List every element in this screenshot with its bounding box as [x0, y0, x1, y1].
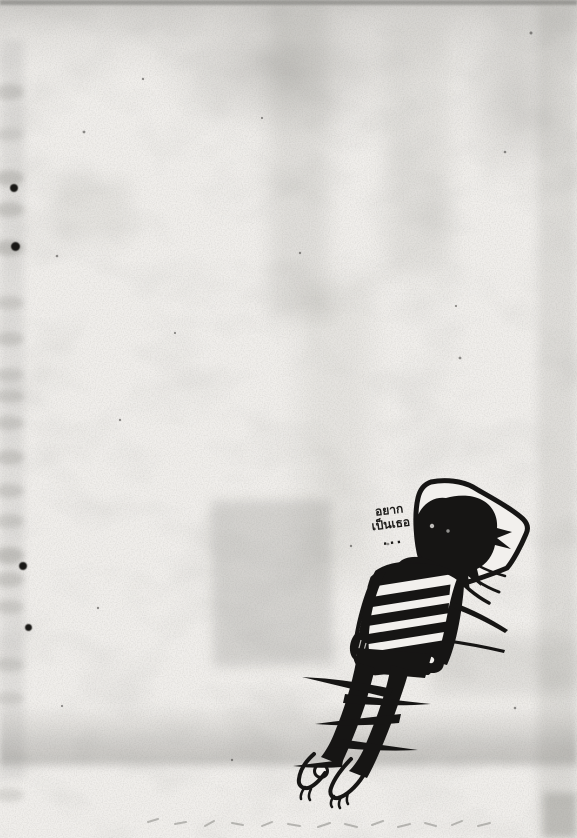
right-foot — [330, 759, 363, 808]
shirt-stripes — [327, 546, 484, 685]
binding-smudge — [0, 332, 24, 346]
scan-smudge-top-band — [0, 0, 577, 85]
binding-smudge — [0, 450, 24, 465]
binding-smudge — [0, 128, 24, 141]
striped-shirt — [355, 564, 459, 673]
binding-smudge — [0, 84, 24, 100]
right-arm — [435, 583, 464, 665]
scan-smudge-right-edge — [538, 0, 577, 838]
ink-dot — [10, 184, 18, 192]
scan-smudge-bottom-band — [0, 706, 577, 770]
scan-smudge-streak-1 — [270, 0, 328, 320]
ink-dot — [11, 242, 20, 251]
scan-smudge-left-edge — [0, 40, 24, 780]
speech-text: อยาก เป็นเธอ ... — [348, 498, 435, 553]
binding-smudge — [0, 658, 24, 672]
binding-smudge — [0, 547, 24, 564]
paper-texture — [0, 0, 577, 838]
right-hand — [420, 646, 444, 673]
scan-smudge-figure-right — [430, 635, 577, 695]
left-hand-fingers — [357, 640, 366, 658]
binding-smudge — [0, 390, 24, 403]
binding-smudge — [0, 692, 24, 705]
binding-smudge — [0, 484, 24, 498]
left-leg — [321, 662, 375, 765]
scan-smudge-cloud-top-center — [150, 8, 420, 138]
scan-smudge-cloud-top-right — [455, 0, 577, 190]
speech-line-1: อยาก — [348, 498, 431, 522]
binding-smudge — [0, 202, 24, 217]
binding-smudge — [0, 788, 24, 802]
head-highlight — [430, 524, 434, 528]
left-hand — [350, 633, 369, 662]
bottom-scratches — [148, 819, 490, 827]
pillow — [416, 481, 528, 590]
binding-smudge — [0, 296, 24, 310]
binding-smudge — [0, 514, 24, 528]
binding-smudge — [0, 368, 24, 381]
scan-smudge-top-strip — [0, 0, 577, 5]
left-arm — [358, 572, 386, 660]
scan-smudge-streak-3 — [300, 280, 370, 580]
neck-shoulders — [378, 557, 456, 592]
binding-smudge — [0, 600, 24, 614]
hips — [356, 648, 432, 678]
speech-ellipsis: ... — [351, 528, 434, 553]
head — [415, 496, 512, 598]
binding-smudge — [0, 240, 24, 256]
binding-smudge — [0, 572, 24, 587]
grass-spikes — [293, 603, 508, 768]
sleeping-figure-illustration — [0, 0, 577, 838]
paper-specks — [56, 32, 533, 762]
ink-dot — [19, 562, 27, 570]
binding-smudge — [0, 416, 24, 430]
hair-strands — [452, 558, 505, 603]
right-hand-hole — [428, 657, 434, 663]
ink-dot — [25, 624, 32, 631]
binding-smudge — [0, 170, 24, 186]
scan-smudge-mid-left — [55, 180, 130, 240]
left-foot — [299, 754, 328, 800]
show-through-block — [211, 499, 334, 667]
scan-smudge-streak-2 — [386, 25, 450, 275]
right-leg — [349, 665, 409, 778]
scan-smudge-bottom-right-corner — [543, 793, 577, 838]
scanned-comic-page: อยาก เป็นเธอ ... — [0, 0, 577, 838]
speech-line-2: เป็นเธอ — [349, 512, 432, 536]
head-highlight — [446, 529, 449, 532]
